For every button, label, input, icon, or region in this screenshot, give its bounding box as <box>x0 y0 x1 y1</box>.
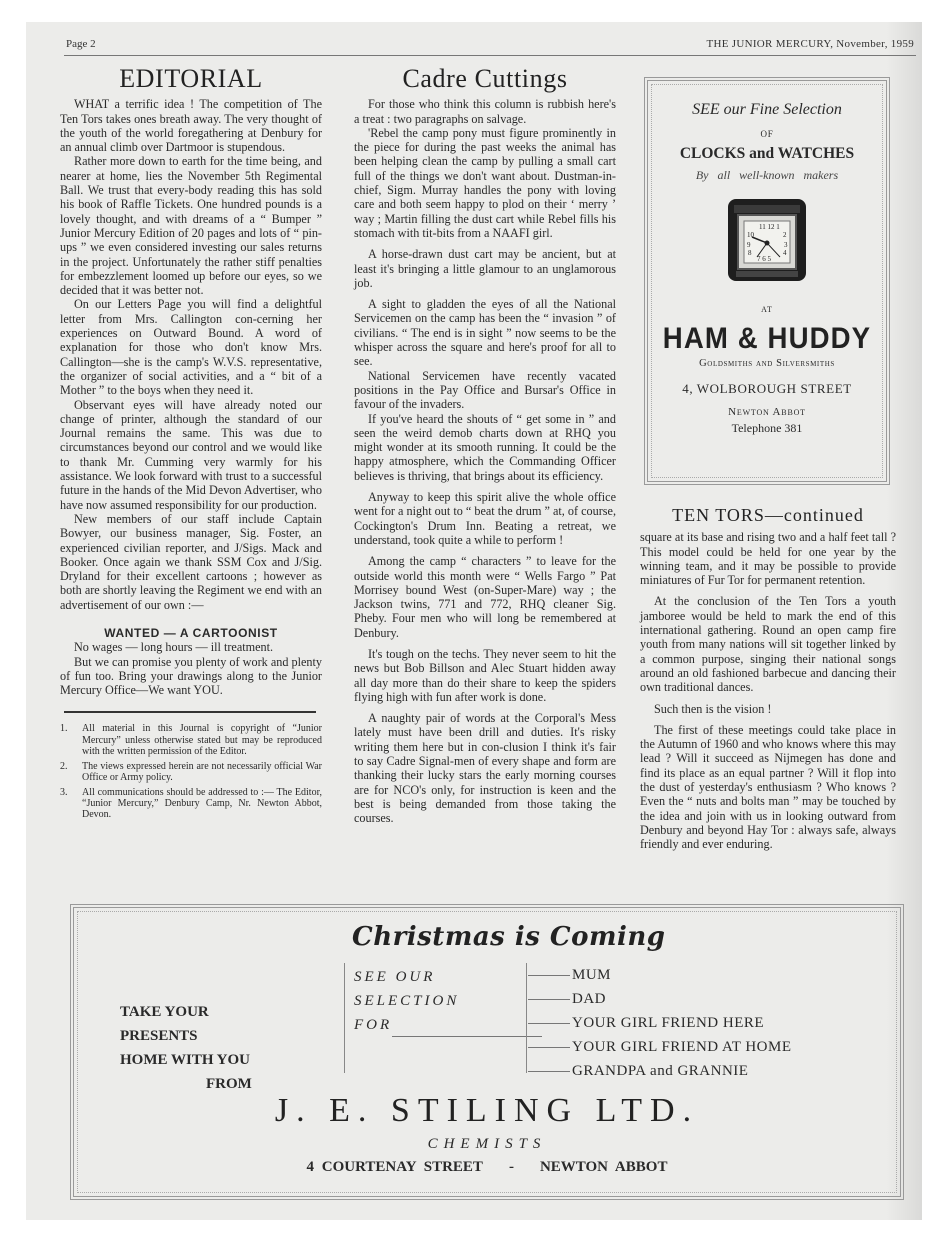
cadre-paragraph: If you've heard the shouts of “ get some… <box>354 412 616 483</box>
stiling-trade: CHEMISTS <box>74 1136 900 1153</box>
take-presents-block: TAKE YOUR PRESENTS HOME WITH YOU FROM <box>120 1000 252 1096</box>
recipient-label: DAD <box>572 987 606 1011</box>
recipient-item: YOUR GIRL FRIEND AT HOME <box>528 1035 792 1059</box>
ten-tors-paragraph: Such then is the vision ! <box>640 702 896 716</box>
editorial-column: EDITORIAL WHAT a terrific idea ! The com… <box>60 64 322 824</box>
ad-telephone: Telephone 381 <box>648 421 886 436</box>
recipient-label: GRANDPA and GRANNIE <box>572 1059 748 1083</box>
ten-tors-title: TEN TORS—continued <box>640 508 896 522</box>
left-line: TAKE YOUR <box>120 1000 252 1024</box>
svg-text:2: 2 <box>783 231 787 239</box>
cadre-title: Cadre Cuttings <box>354 72 616 86</box>
newspaper-page: Page 2 THE JUNIOR MERCURY, November, 195… <box>26 22 922 1220</box>
editorial-paragraph: New members of our staff include Captain… <box>60 512 322 612</box>
cadre-paragraph: Among the camp “ characters ” to leave f… <box>354 554 616 640</box>
editorial-paragraph: Rather more down to earth for the time b… <box>60 154 322 297</box>
address-separator: - <box>509 1159 514 1175</box>
editorial-title: EDITORIAL <box>60 72 322 86</box>
wanted-paragraph: No wages — long hours — ill treatment. <box>60 640 322 654</box>
selection-line: FOR <box>354 1013 459 1037</box>
cadre-paragraph: A sight to gladden the eyes of all the N… <box>354 297 616 368</box>
svg-text:3: 3 <box>784 241 788 249</box>
editorial-paragraph: Observant eyes will have already noted o… <box>60 398 322 512</box>
cadre-paragraph: For those who think this column is rubbi… <box>354 97 616 126</box>
masthead: THE JUNIOR MERCURY, November, 1959 <box>706 38 914 50</box>
ad-firm-name: HAM & HUDDY <box>658 322 877 356</box>
left-line: HOME WITH YOU <box>120 1048 252 1072</box>
travel-alarm-clock-icon: 11 12 1 102 93 84 7 6 5 <box>724 197 810 283</box>
section-rule <box>64 711 316 713</box>
svg-text:4: 4 <box>783 249 787 257</box>
note-item: 2.The views expressed herein are not nec… <box>60 761 322 784</box>
clocks-advertisement: SEE our Fine Selection OF CLOCKS and WAT… <box>644 77 890 485</box>
recipient-item: DAD <box>528 987 792 1011</box>
ad-headline: SEE our Fine Selection <box>648 101 886 119</box>
svg-text:7 6 5: 7 6 5 <box>757 255 772 263</box>
stiling-town: NEWTON ABBOT <box>540 1159 668 1175</box>
ten-tors-paragraph: The first of these meetings could take p… <box>640 723 896 852</box>
divider-line <box>344 963 345 1073</box>
connector-line <box>392 1036 542 1037</box>
cadre-paragraph: It's tough on the techs. They never seem… <box>354 647 616 704</box>
note-item: 3.All communications should be addressed… <box>60 787 322 821</box>
editorial-paragraph: On our Letters Page you will find a deli… <box>60 297 322 397</box>
cadre-paragraph: Anyway to keep this spirit alive the who… <box>354 490 616 547</box>
cadre-paragraph: National Servicemen have recently vacate… <box>354 369 616 412</box>
ad-of: OF <box>648 129 886 139</box>
recipient-list: MUM DAD YOUR GIRL FRIEND HERE YOUR GIRL … <box>528 963 792 1083</box>
recipient-label: YOUR GIRL FRIEND AT HOME <box>572 1035 792 1059</box>
header-rule <box>64 55 916 56</box>
selection-line: SELECTION <box>354 989 459 1013</box>
note-number: 3. <box>60 787 82 821</box>
ten-tors-column: TEN TORS—continued square at its base an… <box>640 502 896 852</box>
note-number: 2. <box>60 761 82 784</box>
cadre-paragraph: A naughty pair of words at the Corporal'… <box>354 711 616 825</box>
cadre-paragraph: A horse-drawn dust cart may be ancient, … <box>354 247 616 290</box>
ad-at: AT <box>648 305 886 314</box>
stiling-address: 4 COURTENAY STREET-NEWTON ABBOT <box>74 1159 900 1176</box>
note-number: 1. <box>60 723 82 757</box>
wanted-heading: WANTED — A CARTOONIST <box>60 626 322 640</box>
left-line: PRESENTS <box>120 1024 252 1048</box>
cadre-paragraph: 'Rebel the camp pony must figure promine… <box>354 126 616 240</box>
stiling-street: 4 COURTENAY STREET <box>307 1159 483 1175</box>
svg-text:8: 8 <box>748 249 752 257</box>
editorial-paragraph: WHAT a terrific idea ! The competition o… <box>60 97 322 154</box>
note-text: The views expressed herein are not neces… <box>82 761 322 784</box>
ad-street: 4, WOLBOROUGH STREET <box>648 381 886 397</box>
selection-block: SEE OUR SELECTION FOR <box>354 965 459 1037</box>
recipient-item: YOUR GIRL FRIEND HERE <box>528 1011 792 1035</box>
christmas-advertisement: Christmas is Coming TAKE YOUR PRESENTS H… <box>70 904 904 1200</box>
recipient-item: MUM <box>528 963 792 987</box>
note-text: All material in this Journal is copyrigh… <box>82 723 322 757</box>
ad-town: Newton Abbot <box>648 406 886 418</box>
page-number: Page 2 <box>66 38 96 50</box>
recipient-item: GRANDPA and GRANNIE <box>528 1059 792 1083</box>
bracket-line <box>526 963 527 1073</box>
christmas-headline: Christmas is Coming <box>352 922 665 952</box>
editorial-notes: 1.All material in this Journal is copyri… <box>60 723 322 820</box>
ad-trade: Goldsmiths and Silversmiths <box>648 358 886 369</box>
ten-tors-paragraph: At the conclusion of the Ten Tors a yout… <box>640 594 896 694</box>
cadre-cuttings-column: Cadre Cuttings For those who think this … <box>354 64 616 826</box>
note-text: All communications should be addressed t… <box>82 787 322 821</box>
recipient-label: YOUR GIRL FRIEND HERE <box>572 1011 764 1035</box>
svg-text:9: 9 <box>747 241 751 249</box>
ad-product: CLOCKS and WATCHES <box>648 145 886 163</box>
stiling-firm-name: J. E. STILING LTD. <box>74 1092 900 1130</box>
ten-tors-paragraph: square at its base and rising two and a … <box>640 530 896 587</box>
svg-text:11 12 1: 11 12 1 <box>759 223 780 231</box>
wanted-paragraph: But we can promise you plenty of work an… <box>60 655 322 698</box>
ad-makers: By all well-known makers <box>648 168 886 183</box>
recipient-label: MUM <box>572 963 611 987</box>
selection-line: SEE OUR <box>354 965 459 989</box>
note-item: 1.All material in this Journal is copyri… <box>60 723 322 757</box>
